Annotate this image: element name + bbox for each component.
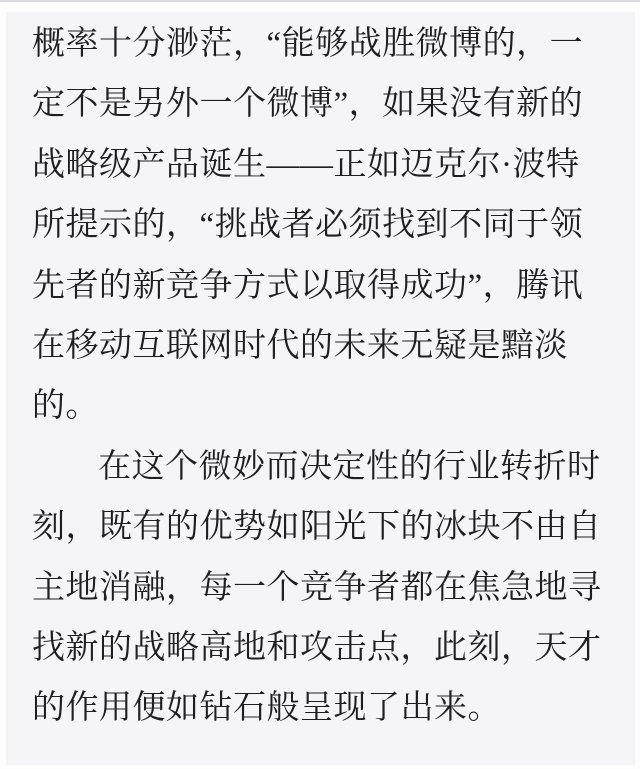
text-line: 先者的新竞争方式以取得成功”，腾讯 <box>32 256 611 316</box>
page-frame: 概率十分渺茫，“能够战胜微博的，一 定不是另外一个微博”，如果没有新的 战略级产… <box>0 0 640 769</box>
page-background: 概率十分渺茫，“能够战胜微博的，一 定不是另外一个微博”，如果没有新的 战略级产… <box>6 12 635 765</box>
text-line: 概率十分渺茫，“能够战胜微博的，一 <box>32 14 611 74</box>
text-block: 概率十分渺茫，“能够战胜微博的，一 定不是另外一个微博”，如果没有新的 战略级产… <box>6 12 635 739</box>
text-line: 定不是另外一个微博”，如果没有新的 <box>32 74 611 134</box>
text-line: 刻，既有的优势如阳光下的冰块不由自 <box>32 497 611 557</box>
text-line: 的。 <box>32 376 611 436</box>
text-line: 所提示的，“挑战者必须找到不同于领 <box>32 195 611 255</box>
ebook-reader-page: { "colors": { "page_background": "#f5f5f… <box>0 0 640 769</box>
text-line: 战略级产品诞生——正如迈克尔·波特 <box>32 135 611 195</box>
text-line: 在移动互联网时代的未来无疑是黯淡 <box>32 316 611 376</box>
text-line: 的作用便如钻石般呈现了出来。 <box>32 678 611 738</box>
text-line: 找新的战略高地和攻击点，此刻，天才 <box>32 618 611 678</box>
text-line-paragraph-start: 在这个微妙而决定性的行业转折时 <box>32 437 611 497</box>
text-line: 主地消融，每一个竞争者都在焦急地寻 <box>32 558 611 618</box>
